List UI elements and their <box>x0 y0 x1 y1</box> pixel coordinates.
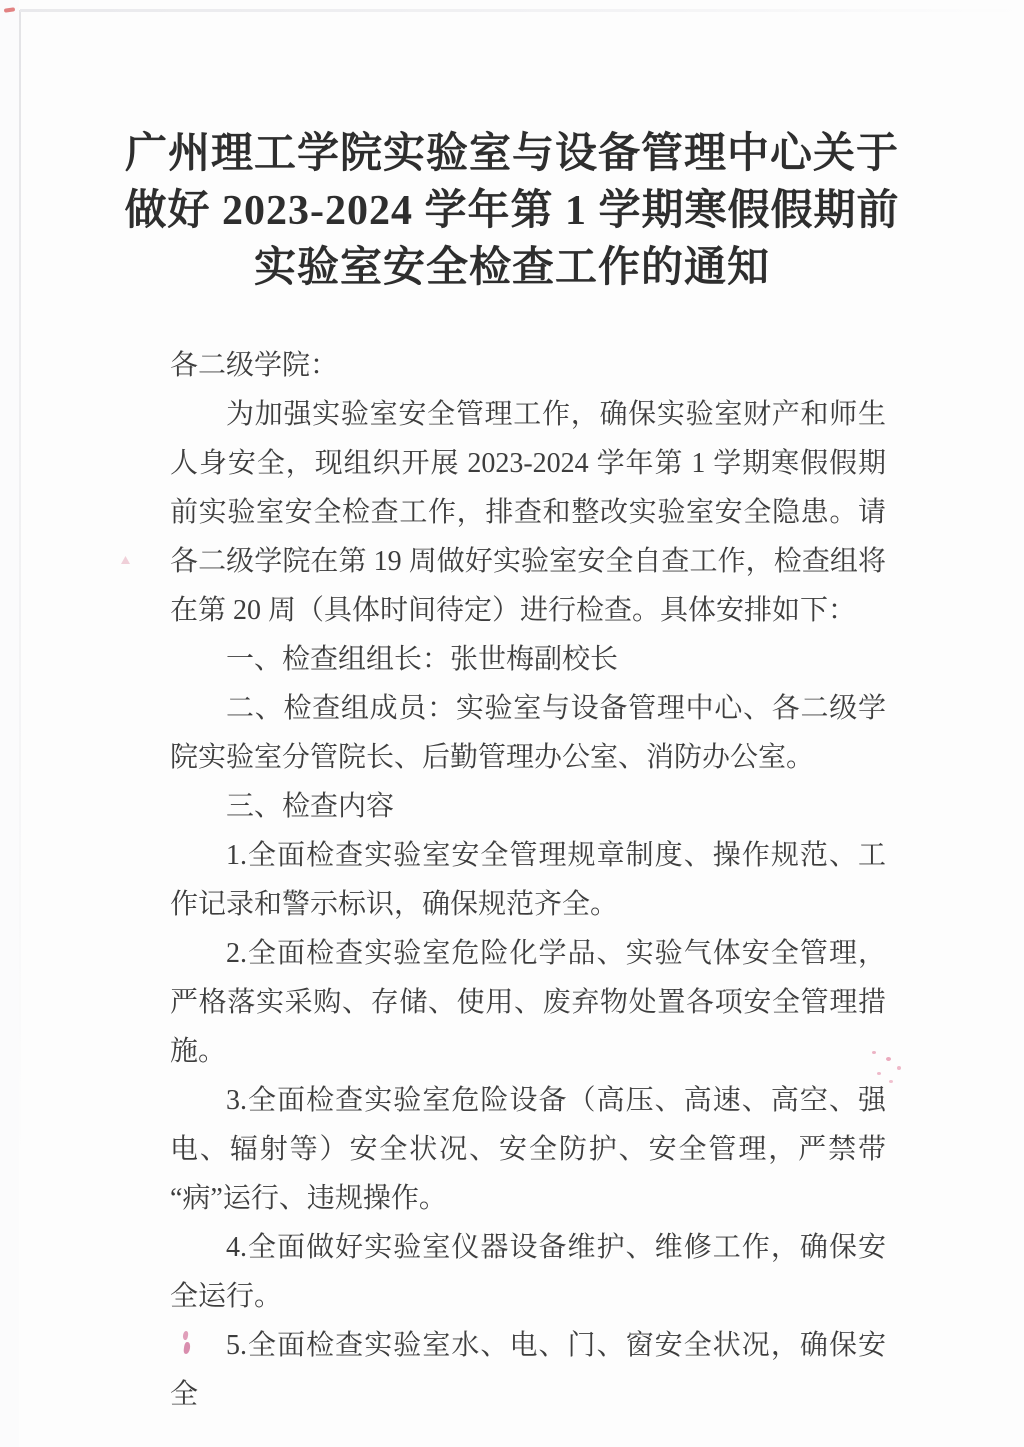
paragraph-intro: 为加强实验室安全管理工作，确保实验室财产和师生人身安全，现组织开展 2023-2… <box>170 390 886 635</box>
salutation: 各二级学院： <box>170 341 886 390</box>
scan-artifact-speck <box>897 1066 901 1070</box>
scan-margin-strip <box>0 0 19 1447</box>
document-title-line-3: 实验室安全检查工作的通知 <box>110 240 914 297</box>
page-edge-top <box>20 9 1024 12</box>
paragraph-item-4: 4.全面做好实验室仪器设备维护、维修工作，确保安全运行。 <box>170 1223 886 1321</box>
document-title-line-1: 广州理工学院实验室与设备管理中心关于 <box>110 126 914 183</box>
scan-artifact-triangle <box>121 556 130 564</box>
paragraph-item-5: 5.全面检查实验室水、电、门、窗安全状况，确保安全 <box>170 1321 886 1419</box>
paragraph-section-3: 三、检查内容 <box>170 782 886 831</box>
document-body: 各二级学院： 为加强实验室安全管理工作，确保实验室财产和师生人身安全，现组织开展… <box>170 341 886 1419</box>
scan-artifact-speck <box>886 1057 891 1061</box>
paragraph-item-2: 2.全面检查实验室危险化学品、实验气体安全管理，严格落实采购、存储、使用、废弃物… <box>170 929 886 1076</box>
document-title-line-2: 做好 2023-2024 学年第 1 学期寒假假期前 <box>110 183 914 240</box>
scanned-notice-page: 广州理工学院实验室与设备管理中心关于 做好 2023-2024 学年第 1 学期… <box>0 0 1024 1447</box>
scan-artifact-speck <box>889 1080 893 1083</box>
page-edge-left <box>19 10 21 1447</box>
paragraph-section-1: 一、检查组组长：张世梅副校长 <box>170 635 886 684</box>
paragraph-item-1: 1.全面检查实验室安全管理规章制度、操作规范、工作记录和警示标识，确保规范齐全。 <box>170 831 886 929</box>
paragraph-section-2: 二、检查组成员：实验室与设备管理中心、各二级学院实验室分管院长、后勤管理办公室、… <box>170 684 886 782</box>
paragraph-item-3: 3.全面检查实验室危险设备（高压、高速、高空、强电、辐射等）安全状况、安全防护、… <box>170 1076 886 1223</box>
document-title: 广州理工学院实验室与设备管理中心关于 做好 2023-2024 学年第 1 学期… <box>110 126 914 297</box>
